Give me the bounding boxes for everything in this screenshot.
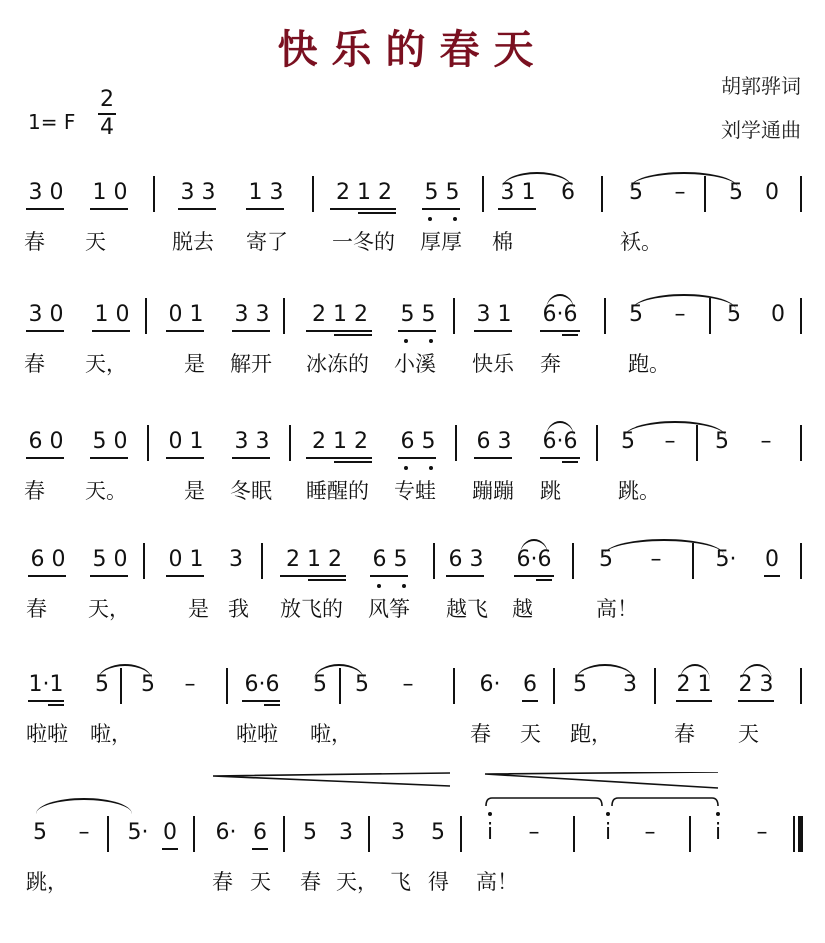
- barline: [433, 543, 435, 579]
- lyric: 跑，: [570, 718, 612, 748]
- lyric: 啦啦: [26, 718, 68, 748]
- barline: [147, 425, 149, 461]
- note: 5: [618, 429, 638, 455]
- final-barline-thin: [793, 816, 795, 852]
- note: i: [708, 820, 728, 846]
- lyric: 脱去: [172, 226, 214, 256]
- note: 5: [92, 672, 112, 698]
- underline: [28, 575, 66, 577]
- note-group: 6·6: [512, 547, 556, 573]
- barline: [800, 176, 802, 212]
- barline: [482, 176, 484, 212]
- lyric: 小溪: [394, 348, 436, 378]
- note-group: 0 1: [166, 547, 206, 573]
- note-group: 3 3: [178, 180, 218, 206]
- underline: [92, 330, 130, 332]
- lyric: 风筝: [368, 593, 410, 623]
- barline: [226, 668, 228, 704]
- lyric: 天。: [85, 475, 127, 505]
- note-group: 6·6: [240, 672, 284, 698]
- note-group: 6 3: [446, 547, 486, 573]
- high-octave-dot: [606, 812, 610, 816]
- barline: [709, 298, 711, 334]
- underline: [306, 457, 372, 459]
- low-octave-dot: [404, 339, 408, 343]
- note-group: 5 5: [398, 302, 438, 328]
- note-group: 2 1 2: [306, 429, 374, 455]
- note: 6·: [476, 672, 504, 698]
- note-group: 1 0: [90, 180, 130, 206]
- lyric: 冬眠: [230, 475, 272, 505]
- low-octave-dot: [429, 339, 433, 343]
- lyric: 我: [228, 593, 249, 623]
- underline: [90, 575, 128, 577]
- lyric: 跳: [540, 475, 561, 505]
- note-group: 2 1 2: [306, 302, 374, 328]
- lyric: 冰冻的: [306, 348, 369, 378]
- barline: [153, 176, 155, 212]
- barline: [368, 816, 370, 852]
- low-octave-dot: [453, 217, 457, 221]
- note: 0: [762, 547, 782, 573]
- high-octave-dot: [716, 812, 720, 816]
- lyric: 寄了: [246, 226, 288, 256]
- note: 5: [30, 820, 50, 846]
- barline: [312, 176, 314, 212]
- barline: [339, 668, 341, 704]
- lyric: 放飞的: [280, 593, 343, 623]
- lyric: 是: [184, 348, 205, 378]
- time-signature-top: 2: [98, 88, 116, 112]
- barline: [654, 668, 656, 704]
- staff-line-1: 3 0 1 0 3 3 1 3 2 1 2 5 5 3 1 6 5 – 5 0 …: [0, 168, 825, 288]
- lyric: 奔: [540, 348, 561, 378]
- note: 5: [626, 180, 646, 206]
- note-group: 5 5: [422, 180, 462, 206]
- underline: [26, 208, 64, 210]
- lyric: 越: [512, 593, 533, 623]
- lyric: 跳，: [26, 866, 68, 896]
- note: 5: [352, 672, 372, 698]
- lyric: 睡醒的: [306, 475, 369, 505]
- note: 5: [596, 547, 616, 573]
- barline: [193, 816, 195, 852]
- lyric: 春: [674, 718, 695, 748]
- dash: –: [646, 547, 666, 573]
- note-group: 3 0: [26, 180, 66, 206]
- staff-line-5: 1·1 5 5 – 6·6 5 5 – 6· 6 5 3 2 1 2 3 啦啦: [0, 660, 825, 780]
- lyric: 厚厚: [420, 226, 462, 256]
- underline: [738, 700, 774, 702]
- lyric: 天，: [85, 348, 127, 378]
- barline: [120, 668, 122, 704]
- note-group: 5 0: [90, 547, 130, 573]
- lyric: 解开: [230, 348, 272, 378]
- low-octave-dot: [404, 466, 408, 470]
- barline: [553, 668, 555, 704]
- lyric: 得: [428, 866, 449, 896]
- underline: [166, 330, 204, 332]
- note-group: 6 0: [26, 429, 66, 455]
- note: i: [480, 820, 500, 846]
- note-group: 0 1: [166, 429, 206, 455]
- note-group: 3 1: [498, 180, 538, 206]
- low-octave-dot: [428, 217, 432, 221]
- underline: [252, 848, 268, 850]
- note-group: 3 1: [474, 302, 514, 328]
- notes-row: 6 0 5 0 0 1 3 3 2 1 2 6 5 6 3 6·6 5 – 5 …: [0, 417, 825, 457]
- high-octave-dot: [488, 812, 492, 816]
- underline: [90, 208, 128, 210]
- lyric: 高！: [596, 593, 638, 623]
- underline: [398, 330, 436, 332]
- underline: [306, 330, 372, 332]
- barline: [143, 543, 145, 579]
- lyrics-row: 啦啦 啦， 啦啦 啦， 春 天 跑， 春 天: [0, 718, 825, 748]
- double-underline: [308, 579, 346, 581]
- underline: [90, 457, 128, 459]
- barline: [283, 298, 285, 334]
- note-group: 6 3: [474, 429, 514, 455]
- lyric: 啦，: [310, 718, 352, 748]
- dash: –: [756, 429, 776, 455]
- lyric: 一冬的: [332, 226, 395, 256]
- staff-line-2: 3 0 1 0 0 1 3 3 2 1 2 5 5 3 1 6·6 5 – 5 …: [0, 290, 825, 410]
- final-barline-thick: [798, 816, 803, 852]
- barline: [573, 816, 575, 852]
- underline: [398, 457, 436, 459]
- note: 6·: [212, 820, 240, 846]
- dash: –: [74, 820, 94, 846]
- note-group: 3 0: [26, 302, 66, 328]
- note-group: 2 1 2: [330, 180, 398, 206]
- lyricist-credit: 胡郭骅词: [721, 70, 801, 99]
- note: 5: [712, 429, 732, 455]
- note: 5: [570, 672, 590, 698]
- note: 5: [310, 672, 330, 698]
- underline: [422, 208, 460, 210]
- underline: [540, 457, 580, 459]
- lyric: 飞: [390, 866, 411, 896]
- underline: [166, 457, 204, 459]
- lyric: 天: [85, 226, 106, 256]
- lyric: 快乐: [472, 348, 514, 378]
- note-group: 3 3: [232, 429, 272, 455]
- note-group: 6 5: [398, 429, 438, 455]
- underline: [446, 575, 484, 577]
- note: 3: [620, 672, 640, 698]
- barline: [800, 425, 802, 461]
- note-group: 0 1: [166, 302, 206, 328]
- barline: [601, 176, 603, 212]
- lyrics-row: 春 天， 是 解开 冰冻的 小溪 快乐 奔 跑。: [0, 348, 825, 378]
- dash: –: [670, 180, 690, 206]
- staff-line-3: 6 0 5 0 0 1 3 3 2 1 2 6 5 6 3 6·6 5 – 5 …: [0, 417, 825, 537]
- note-group: 6 0: [28, 547, 68, 573]
- note-group: 6 5: [370, 547, 410, 573]
- note-group: 2 1 2: [280, 547, 348, 573]
- lyrics-row: 春 天 脱去 寄了 一冬的 厚厚 棉 袄。: [0, 226, 825, 256]
- underline: [246, 208, 284, 210]
- underline: [280, 575, 346, 577]
- lyric: 棉: [492, 226, 513, 256]
- double-underline: [334, 461, 372, 463]
- note: i: [598, 820, 618, 846]
- barline: [596, 425, 598, 461]
- double-underline: [334, 334, 372, 336]
- notes-row: 6 0 5 0 0 1 3 2 1 2 6 5 6 3 6·6 5 – 5· 0: [0, 535, 825, 575]
- note: 0: [768, 302, 788, 328]
- underline: [540, 330, 580, 332]
- barline: [800, 543, 802, 579]
- barline: [261, 543, 263, 579]
- barline: [283, 816, 285, 852]
- underline: [26, 457, 64, 459]
- staff-line-4: 6 0 5 0 0 1 3 2 1 2 6 5 6 3 6·6 5 – 5· 0…: [0, 535, 825, 655]
- barline: [107, 816, 109, 852]
- underline: [474, 457, 512, 459]
- song-title: 快乐的春天: [0, 18, 825, 75]
- note: 5: [138, 672, 158, 698]
- note: 5·: [712, 547, 740, 573]
- lyric: 蹦蹦: [472, 475, 514, 505]
- lyric: 是: [184, 475, 205, 505]
- barline: [800, 668, 802, 704]
- lyrics-row: 春 天。 是 冬眠 睡醒的 专蛙 蹦蹦 跳 跳。: [0, 475, 825, 505]
- underline: [28, 700, 64, 702]
- time-signature: 2 4: [98, 88, 116, 140]
- note-group: 1·1: [26, 672, 66, 698]
- barline: [704, 176, 706, 212]
- barline: [604, 298, 606, 334]
- lyric: 春: [26, 593, 47, 623]
- underline: [166, 575, 204, 577]
- time-signature-bottom: 4: [98, 116, 116, 140]
- lyric: 天: [250, 866, 271, 896]
- dash: –: [398, 672, 418, 698]
- underline: [370, 575, 408, 577]
- notes-row: 3 0 1 0 3 3 1 3 2 1 2 5 5 3 1 6 5 – 5 0: [0, 168, 825, 208]
- double-underline: [562, 334, 578, 336]
- lyric: 春: [300, 866, 321, 896]
- barline: [289, 425, 291, 461]
- lyrics-row: 跳， 春 天 春 天， 飞 得 高！: [0, 866, 825, 896]
- notes-row: 5 – 5· 0 6· 6 5 3 3 5 i – i – i –: [0, 808, 825, 848]
- double-underline: [536, 579, 552, 581]
- lyric: 袄。: [620, 226, 662, 256]
- barline: [455, 425, 457, 461]
- barline: [460, 816, 462, 852]
- underline: [676, 700, 712, 702]
- double-underline: [264, 704, 280, 706]
- underline: [178, 208, 216, 210]
- double-underline: [562, 461, 578, 463]
- barline: [696, 425, 698, 461]
- underline: [764, 575, 780, 577]
- underline: [162, 848, 178, 850]
- underline: [242, 700, 280, 702]
- note: 6: [520, 672, 540, 698]
- underline: [514, 575, 554, 577]
- note: 5: [428, 820, 448, 846]
- barline: [145, 298, 147, 334]
- notes-row: 3 0 1 0 0 1 3 3 2 1 2 5 5 3 1 6·6 5 – 5 …: [0, 290, 825, 330]
- note-group: 2 3: [736, 672, 776, 698]
- underline: [232, 330, 270, 332]
- dash: –: [660, 429, 680, 455]
- lyric: 春: [470, 718, 491, 748]
- lyric: 天，: [88, 593, 130, 623]
- barline: [689, 816, 691, 852]
- dash: –: [524, 820, 544, 846]
- barline: [572, 543, 574, 579]
- lyric: 啦啦: [236, 718, 278, 748]
- underline: [474, 330, 512, 332]
- note-group: 1 3: [246, 180, 286, 206]
- lyric: 天: [520, 718, 541, 748]
- tie-brackets: [484, 794, 724, 808]
- lyric: 啦，: [90, 718, 132, 748]
- dash: –: [640, 820, 660, 846]
- underline: [26, 330, 64, 332]
- low-octave-dot: [377, 584, 381, 588]
- dash: –: [180, 672, 200, 698]
- note-group: 3 3: [232, 302, 272, 328]
- lyric: 是: [188, 593, 209, 623]
- note: 3: [388, 820, 408, 846]
- barline: [453, 668, 455, 704]
- lyric: 专蛙: [394, 475, 436, 505]
- notes-row: 1·1 5 5 – 6·6 5 5 – 6· 6 5 3 2 1 2 3: [0, 660, 825, 700]
- lyric: 春: [24, 475, 45, 505]
- note-group: 5 0: [90, 429, 130, 455]
- low-octave-dot: [429, 466, 433, 470]
- lyric: 跳。: [618, 475, 660, 505]
- barline: [453, 298, 455, 334]
- lyric: 春: [24, 348, 45, 378]
- dash: –: [670, 302, 690, 328]
- note: 6: [558, 180, 578, 206]
- lyric: 天: [738, 718, 759, 748]
- note: 6: [250, 820, 270, 846]
- note: 3: [226, 547, 246, 573]
- note: 5: [626, 302, 646, 328]
- note: 5: [724, 302, 744, 328]
- lyric: 越飞: [446, 593, 488, 623]
- lyrics-row: 春 天， 是 我 放飞的 风筝 越飞 越 高！: [0, 593, 825, 623]
- staff-line-6: 5 – 5· 0 6· 6 5 3 3 5 i – i – i – 跳，: [0, 808, 825, 928]
- barline: [692, 543, 694, 579]
- lyric: 春: [212, 866, 233, 896]
- note: 5·: [124, 820, 152, 846]
- note: 0: [160, 820, 180, 846]
- underline: [498, 208, 536, 210]
- lyric: 高！: [476, 866, 518, 896]
- note: 5: [726, 180, 746, 206]
- lyric: 春: [24, 226, 45, 256]
- lyric: 天，: [336, 866, 378, 896]
- note: 0: [762, 180, 782, 206]
- note-group: 2 1: [674, 672, 714, 698]
- double-underline: [358, 212, 396, 214]
- double-underline: [48, 704, 64, 706]
- note-group: 6·6: [538, 429, 582, 455]
- note: 5: [300, 820, 320, 846]
- underline: [330, 208, 396, 210]
- composer-credit: 刘学通曲: [721, 114, 801, 143]
- underline: [522, 700, 538, 702]
- note-group: 6·6: [538, 302, 582, 328]
- dash: –: [752, 820, 772, 846]
- note: 3: [336, 820, 356, 846]
- barline: [800, 298, 802, 334]
- lyric: 跑。: [628, 348, 670, 378]
- key-signature: 1= F: [28, 110, 75, 134]
- underline: [232, 457, 270, 459]
- low-octave-dot: [402, 584, 406, 588]
- note-group: 1 0: [92, 302, 132, 328]
